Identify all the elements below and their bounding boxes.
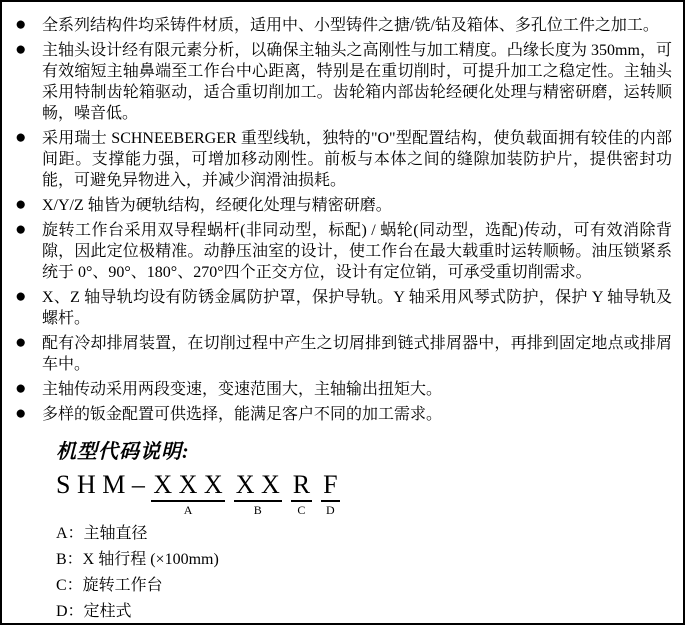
feature-text: 主轴头设计经有限元素分析，以确保主轴头之高刚性与加工精度。凸缘长度为 350mm… <box>42 42 672 122</box>
code-group-label: A <box>184 503 193 517</box>
feature-item: ● 旋转工作台采用双导程蜗杆(非同动型，标配) / 蜗轮(同动型，选配)传动，可… <box>15 220 672 283</box>
feature-item: ● X/Y/Z 轴皆为硬轨结构，经硬化处理与精密研磨。 <box>15 195 672 216</box>
bullet-icon: ● <box>15 39 26 60</box>
model-code-line: S H M – X X X A X X B R C F D <box>56 471 672 517</box>
model-code-section: 机型代码说明: S H M – X X X A X X B R C F D A：… <box>15 439 672 625</box>
bullet-icon: ● <box>15 286 26 307</box>
feature-text: X、Z 轴导轨均设有防锈金属防护罩，保护导轨。Y 轴采用风琴式防护，保护 Y 轴… <box>42 289 672 327</box>
feature-text: X/Y/Z 轴皆为硬轨结构，经硬化处理与精密研磨。 <box>42 197 392 214</box>
feature-item: ● 主轴传动采用两段变速，变速范围大，主轴输出扭矩大。 <box>15 379 672 400</box>
feature-text: 采用瑞士 SCHNEEBERGER 重型线轨，独特的"O"型配置结构，使负载面拥… <box>42 130 672 189</box>
code-group-letters: X X <box>234 471 282 502</box>
bullet-icon: ● <box>15 332 26 353</box>
feature-text: 全系列结构件均采铸件材质，适用中、小型铸件之搪/铣/钻及箱体、多孔位工件之加工。 <box>42 17 659 34</box>
bullet-icon: ● <box>15 403 26 424</box>
model-code-heading: 机型代码说明: <box>56 439 672 465</box>
code-group-c: R C <box>291 471 312 517</box>
feature-item: ● X、Z 轴导轨均设有防锈金属防护罩，保护导轨。Y 轴采用风琴式防护，保护 Y… <box>15 287 672 329</box>
code-group-label: D <box>326 503 335 517</box>
feature-item: ● 采用瑞士 SCHNEEBERGER 重型线轨，独特的"O"型配置结构，使负载… <box>15 128 672 191</box>
bullet-icon: ● <box>15 378 26 399</box>
legend-item: B：X 轴行程 (×100mm) <box>56 547 672 573</box>
feature-item: ● 主轴头设计经有限元素分析，以确保主轴头之高刚性与加工精度。凸缘长度为 350… <box>15 40 672 124</box>
bullet-icon: ● <box>15 194 26 215</box>
feature-text: 配有冷却排屑装置，在切削过程中产生之切屑排到链式排屑器中，再排到固定地点或排屑车… <box>42 335 672 373</box>
code-group-letters: X X X <box>151 471 224 502</box>
code-group-letters: R <box>291 471 312 502</box>
feature-text: 主轴传动采用两段变速，变速范围大，主轴输出扭矩大。 <box>42 381 442 398</box>
code-group-label: B <box>254 503 262 517</box>
bullet-icon: ● <box>15 219 26 240</box>
legend-item: C：旋转工作台 <box>56 573 672 599</box>
feature-item: ● 多样的钣金配置可供选择，能满足客户不同的加工需求。 <box>15 404 672 425</box>
feature-item: ● 配有冷却排屑装置，在切削过程中产生之切屑排到链式排屑器中，再排到固定地点或排… <box>15 333 672 375</box>
legend-item: D：定柱式 <box>56 599 672 625</box>
code-group-label: C <box>297 503 305 517</box>
code-legend: A：主轴直径 B：X 轴行程 (×100mm) C：旋转工作台 D：定柱式 <box>56 521 672 625</box>
feature-item: ● 全系列结构件均采铸件材质，适用中、小型铸件之搪/铣/钻及箱体、多孔位工件之加… <box>15 15 672 36</box>
code-group-d: F D <box>321 471 339 517</box>
code-group-b: X X B <box>234 471 282 517</box>
feature-text: 旋转工作台采用双导程蜗杆(非同动型，标配) / 蜗轮(同动型，选配)传动，可有效… <box>42 222 672 281</box>
legend-item: A：主轴直径 <box>56 521 672 547</box>
feature-list: ● 全系列结构件均采铸件材质，适用中、小型铸件之搪/铣/钻及箱体、多孔位工件之加… <box>15 15 672 425</box>
document-page: ● 全系列结构件均采铸件材质，适用中、小型铸件之搪/铣/钻及箱体、多孔位工件之加… <box>0 0 685 625</box>
code-group-a: X X X A <box>151 471 224 517</box>
code-group-letters: F <box>321 471 339 502</box>
model-code-prefix: S H M – <box>56 471 151 499</box>
feature-text: 多样的钣金配置可供选择，能满足客户不同的加工需求。 <box>42 406 442 423</box>
bullet-icon: ● <box>15 14 26 35</box>
bullet-icon: ● <box>15 127 26 148</box>
